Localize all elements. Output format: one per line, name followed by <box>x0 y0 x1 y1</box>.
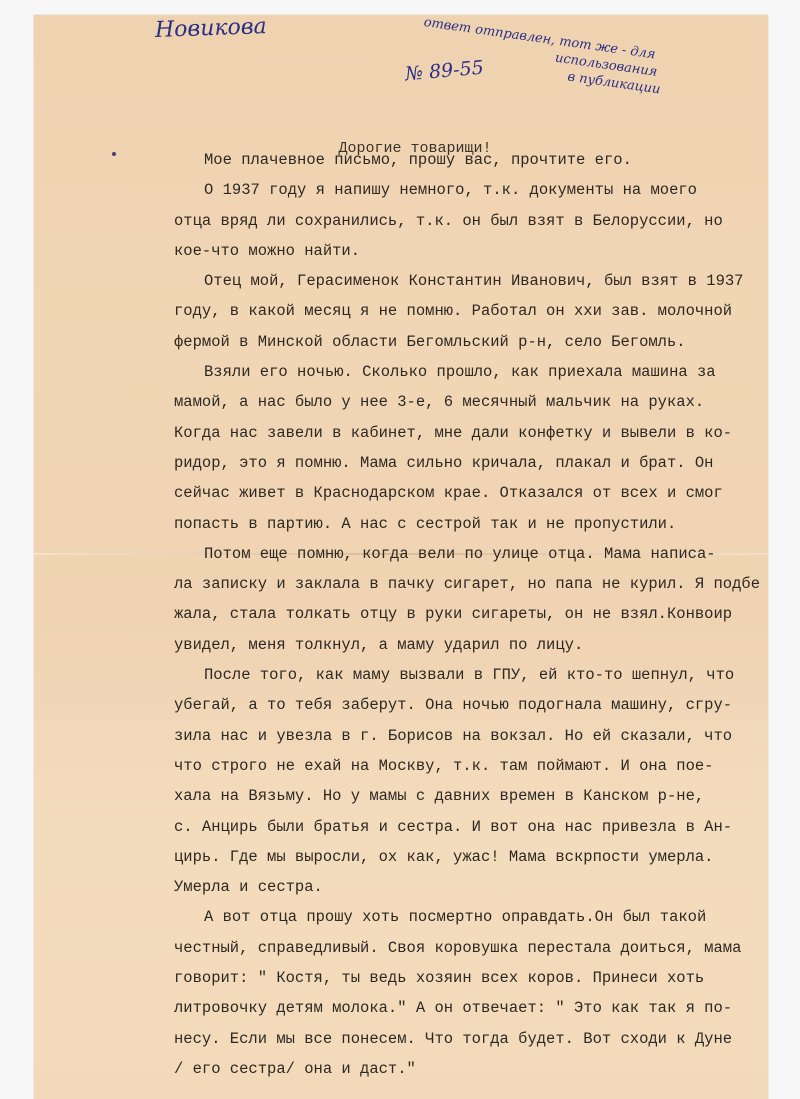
typed-line: Когда нас завели в кабинет, мне дали кон… <box>174 418 774 448</box>
typed-line: ридор, это я помню. Мама сильно кричала,… <box>174 448 774 478</box>
ink-dot-mark <box>112 152 116 156</box>
typed-line: О 1937 году я напишу немного, т.к. докум… <box>174 175 774 205</box>
typed-line: Мое плачевное письмо, прошу вас, прочтит… <box>174 145 774 175</box>
typed-line: После того, как маму вызвали в ГПУ, ей к… <box>174 660 774 690</box>
typed-line: хала на Вязьму. Но у мамы с давних време… <box>174 781 774 811</box>
typed-line: говорит: " Костя, ты ведь хозяин всех ко… <box>174 963 774 993</box>
typed-line: Взяли его ночью. Сколько прошло, как при… <box>174 357 774 387</box>
letter-body: Мое плачевное письмо, прошу вас, прочтит… <box>174 145 774 1084</box>
typed-line: фермой в Минской области Бегомльский р-н… <box>174 327 774 357</box>
typed-line: кое-что можно найти. <box>174 236 774 266</box>
typed-line: А вот отца прошу хоть посмертно оправдат… <box>174 902 774 932</box>
typed-line: литровочку детям молока." А он отвечает:… <box>174 993 774 1023</box>
typed-line: ла записку и заклала в пачку сигарет, но… <box>174 569 774 599</box>
typed-line: цирь. Где мы выросли, ох как, ужас! Мама… <box>174 842 774 872</box>
typed-line: сейчас живет в Краснодарском крае. Отказ… <box>174 478 774 508</box>
typed-line: Отец мой, Герасименок Константин Иванови… <box>174 266 774 296</box>
handwritten-signature: Новикова <box>155 14 268 43</box>
typed-line: убегай, а то тебя заберут. Она ночью под… <box>174 690 774 720</box>
typed-line: Потом еще помню, когда вели по улице отц… <box>174 539 774 569</box>
typed-line: попасть в партию. А нас с сестрой так и … <box>174 509 774 539</box>
typed-line: Умерла и сестра. <box>174 872 774 902</box>
typed-line: увидел, меня толкнул, а маму ударил по л… <box>174 630 774 660</box>
typed-line: несу. Если мы все понесем. Что тогда буд… <box>174 1024 774 1054</box>
typed-line: отца вряд ли сохранились, т.к. он был вз… <box>174 206 774 236</box>
typed-line: / его сестра/ она и даст." <box>174 1054 774 1084</box>
typed-line: мамой, а нас было у нее 3-е, 6 месячный … <box>174 387 774 417</box>
typed-line: с. Анцирь были братья и сестра. И вот он… <box>174 812 774 842</box>
typed-line: зила нас и увезла в г. Борисов на вокзал… <box>174 721 774 751</box>
typed-line: жала, стала толкать отцу в руки сигареты… <box>174 599 774 629</box>
typed-line: честный, справедливый. Своя коровушка пе… <box>174 933 774 963</box>
typed-line: что строго не ехай на Москву, т.к. там п… <box>174 751 774 781</box>
typed-line: году, в какой месяц я не помню. Работал … <box>174 296 774 326</box>
